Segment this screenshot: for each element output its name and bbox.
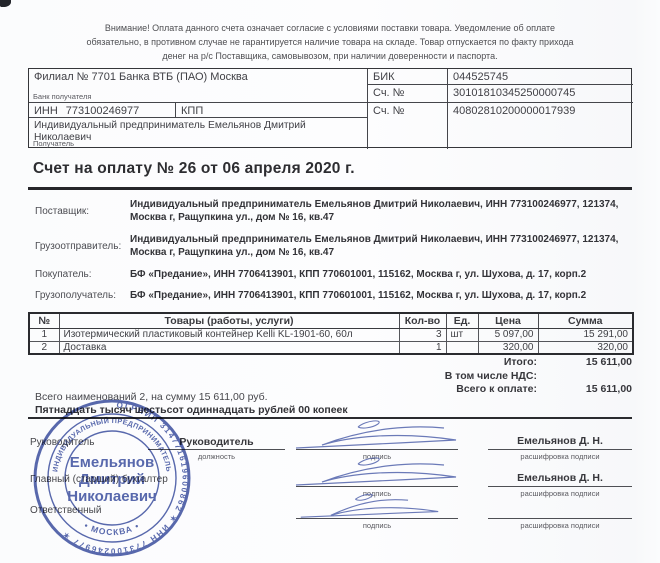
item-name: Изотермический пластиковый контейнер Kel… [59, 328, 399, 341]
header-unit: Ед. [446, 313, 478, 328]
decrypt-name: Емельянов Д. Н. [488, 435, 632, 447]
signature-stroke [292, 455, 462, 489]
header-qty: Кол-во [399, 313, 446, 328]
item-qty: 1 [399, 341, 446, 354]
stamp-bottom-arc-text: • МОСКВА • [83, 520, 142, 537]
party-value: Индивидуальный предприниматель Емельянов… [130, 198, 635, 225]
header-sum: Сумма [538, 313, 633, 328]
payment-warning-text: Внимание! Оплата данного счета означает … [85, 22, 575, 64]
bank-requisites-table: Филиал № 7701 Банка ВТБ (ПАО) Москва Бан… [28, 68, 632, 148]
corr-account-label: Сч. № [368, 85, 448, 103]
invoice-title: Счет на оплату № 26 от 06 апреля 2020 г. [33, 160, 355, 178]
total-value [537, 370, 632, 384]
decrypt-line [488, 518, 632, 519]
bank-name-caption: Банк получателя [33, 92, 91, 101]
bank-name-cell: Филиал № 7701 Банка ВТБ (ПАО) Москва Бан… [29, 69, 368, 103]
scan-corner-artifact [0, 0, 11, 7]
bank-name: Филиал № 7701 Банка ВТБ (ПАО) Москва [34, 71, 248, 83]
decrypt-name: Емельянов Д. Н. [488, 472, 632, 484]
decrypt-line [488, 486, 632, 487]
item-unit: шт [446, 328, 478, 341]
parties-section: Поставщик: Индивидуальный предпринимател… [35, 198, 635, 310]
stamp-name-line2: Дмитрий [79, 471, 145, 488]
title-divider [28, 187, 632, 190]
party-value: БФ «Предание», ИНН 7706413901, КПП 77060… [130, 289, 635, 302]
corr-account-value: 30101810345250000745 [448, 85, 633, 103]
signature-stroke [292, 418, 462, 452]
inn-value: 773100246977 [66, 105, 139, 117]
party-label: Грузополучатель: [35, 290, 130, 301]
totals-block: Итого: 15 611,00 В том числе НДС: Всего … [300, 356, 632, 397]
total-row-vsego: Всего к оплате: 15 611,00 [300, 383, 632, 397]
table-row: 1 Изотермический пластиковый контейнер K… [29, 328, 633, 341]
party-value: Индивидуальный предприниматель Емельянов… [130, 233, 635, 260]
item-num: 1 [29, 328, 59, 341]
inn-label: ИНН [34, 105, 58, 117]
decrypt-caption: расшифровка подписи [488, 521, 632, 530]
bik-label: БИК [368, 69, 448, 85]
party-consignee: Грузополучатель: БФ «Предание», ИНН 7706… [35, 289, 635, 302]
item-name: Доставка [59, 341, 399, 354]
header-num: № [29, 313, 59, 328]
decrypt-line [488, 449, 632, 450]
total-label: Итого: [504, 356, 537, 370]
invoice-document: Внимание! Оплата данного счета означает … [0, 0, 660, 563]
items-header-row: № Товары (работы, услуги) Кол-во Ед. Цен… [29, 313, 633, 328]
total-value: 15 611,00 [537, 383, 632, 397]
item-qty: 3 [399, 328, 446, 341]
total-row-nds: В том числе НДС: [300, 370, 632, 384]
decrypt-caption: расшифровка подписи [488, 452, 632, 461]
recipient-caption: Получатель [33, 139, 74, 148]
item-price: 320,00 [478, 341, 538, 354]
signature-stroke [292, 488, 462, 520]
items-table: № Товары (работы, услуги) Кол-во Ед. Цен… [28, 312, 634, 355]
total-value: 15 611,00 [537, 356, 632, 370]
total-label: Всего к оплате: [456, 383, 537, 397]
header-price: Цена [478, 313, 538, 328]
account-value: 40802810200000017939 [448, 103, 633, 149]
item-sum: 15 291,00 [538, 328, 633, 341]
stamp-name-line1: Емельянов [70, 454, 154, 471]
inn-cell: ИНН773100246977 [29, 103, 176, 118]
party-label: Поставщик: [35, 206, 130, 217]
sign-caption: подпись [296, 521, 458, 530]
kpp-label: КПП [181, 105, 203, 117]
kpp-cell: КПП [176, 103, 368, 118]
stamp-name-line3: Николаевич [67, 488, 157, 505]
table-row: 2 Доставка 1 320,00 320,00 [29, 341, 633, 354]
item-unit [446, 341, 478, 354]
decrypt-caption: расшифровка подписи [488, 489, 632, 498]
company-stamp: ОГРНИП 314771619600862 ✶ ИНН 77310024697… [30, 396, 194, 560]
bik-value: 044525745 [448, 69, 633, 85]
recipient-name: Индивидуальный предприниматель Емельянов… [34, 120, 362, 143]
total-label: В том числе НДС: [445, 370, 537, 384]
item-num: 2 [29, 341, 59, 354]
account-label: Сч. № [368, 103, 448, 149]
party-label: Покупатель: [35, 269, 130, 280]
party-label: Грузоотправитель: [35, 241, 130, 252]
total-row-itogo: Итого: 15 611,00 [300, 356, 632, 370]
header-name: Товары (работы, услуги) [59, 313, 399, 328]
recipient-cell: Индивидуальный предприниматель Емельянов… [29, 118, 368, 149]
party-value: БФ «Предание», ИНН 7706413901, КПП 77060… [130, 268, 635, 281]
party-buyer: Покупатель: БФ «Предание», ИНН 770641390… [35, 268, 635, 281]
party-supplier: Поставщик: Индивидуальный предпринимател… [35, 198, 635, 225]
item-price: 5 097,00 [478, 328, 538, 341]
item-sum: 320,00 [538, 341, 633, 354]
party-consignor: Грузоотправитель: Индивидуальный предпри… [35, 233, 635, 260]
